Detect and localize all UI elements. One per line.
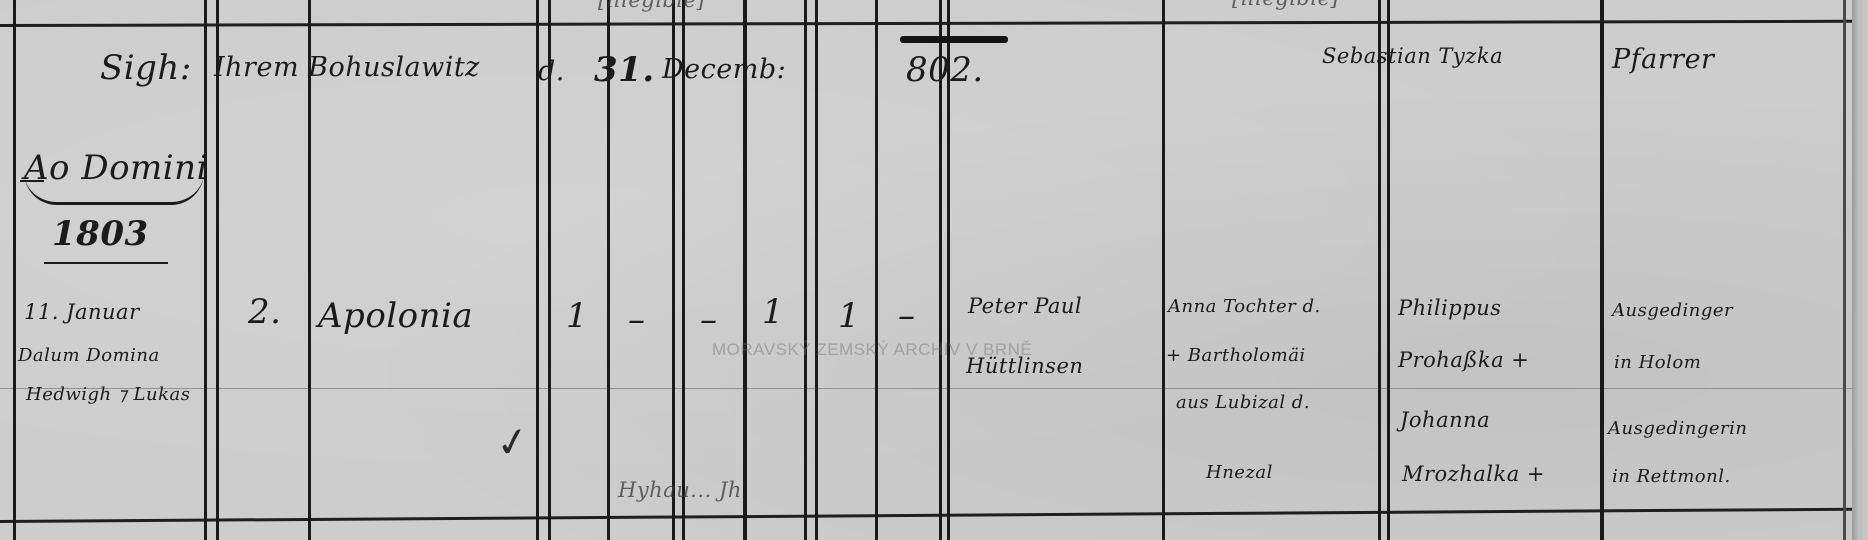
mother-line: aus Lubizal d. [1176,392,1310,413]
godparent-line: Mrozhalka + [1402,462,1545,486]
column-rule [815,0,818,540]
column-rule [1378,0,1381,540]
header-fragment: [illegible] [598,0,705,12]
child-name: Apolonia [318,296,473,336]
father-line: Peter Paul [968,294,1082,318]
tally-cell: – [628,300,646,340]
tally-cell: – [898,296,916,336]
archive-watermark: MORAVSKÝ ZEMSKÝ ARCHIV V BRNĚ [712,340,1032,360]
faint-ruling [0,388,1852,389]
closing-d: d. [538,56,565,87]
entry-date-line: Hedwigh ⁊ Lukas [26,384,190,405]
column-rule [804,0,807,540]
column-rule [875,0,878,540]
witness-line: Ausgedinger [1612,300,1733,321]
column-rule [13,0,16,540]
header-fragment: [illegible] [1232,0,1339,10]
lower-signature: Hyhau... Jh [618,478,742,502]
mother-line: Hnezal [1206,462,1273,483]
column-rule [1843,0,1846,540]
tally-cell: 1 [762,292,784,332]
house-number: 2. [248,292,281,332]
closing-day: 31. [594,50,655,90]
column-rule [204,0,207,540]
mother-line: + Bartholomäi [1166,345,1306,366]
closing-year: 802. [906,50,984,90]
witness-line: Ausgedingerin [1608,418,1748,439]
year-heading-value: 1803 [52,214,149,254]
godparent-line: Philippus [1398,296,1502,320]
sigh-label: Sigh: [100,48,192,88]
checkmark-icon: ✓ [492,417,533,468]
column-rule [1600,0,1604,540]
entry-date-line: Dalum Domina [18,345,160,366]
tally-cell: 1 [566,296,588,336]
witness-line: in Holom [1614,352,1701,373]
witness-line: in Rettmonl. [1612,466,1731,487]
closing-text: Ihrem Bohuslawitz [214,52,480,83]
brace-underline [24,172,204,205]
register-page: [illegible] [illegible] Sigh: Ihrem Bohu… [0,0,1868,540]
tally-cell: 1 [838,296,860,336]
entry-date-line: 11. Januar [24,300,140,324]
page-binding-edge [1852,0,1868,540]
closing-witness: Sebastian Tyzka [1322,44,1503,68]
top-rule [0,20,1852,27]
godparent-line: Johanna [1400,408,1490,432]
closing-role: Pfarrer [1612,44,1714,75]
year-underline [44,262,168,264]
mother-line: Anna Tochter d. [1168,296,1321,317]
bottom-rule [0,508,1852,523]
closing-month: Decemb: [662,54,786,85]
tally-cell: – [700,300,718,340]
column-rule [1387,0,1390,540]
year-overbar [900,36,1008,43]
godparent-line: Prohaßka + [1398,348,1529,372]
column-rule [1162,0,1165,540]
